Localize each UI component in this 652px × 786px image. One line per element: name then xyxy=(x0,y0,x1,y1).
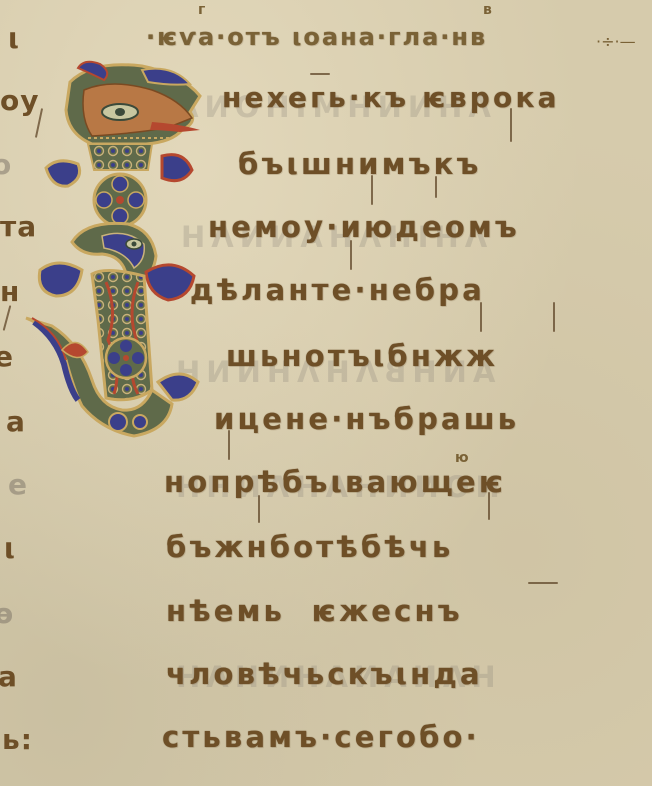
descender-stroke xyxy=(371,175,373,205)
margin-fragment: а xyxy=(0,660,18,693)
text-line-10: чловѣчьскъιнда xyxy=(166,660,483,689)
descender-stroke xyxy=(488,492,490,520)
titlo-mark xyxy=(310,73,330,75)
header-superscript-right: в xyxy=(483,2,492,18)
text-line-11: стьвамъ·сегобо· xyxy=(162,723,480,752)
margin-fragment: е xyxy=(0,340,14,373)
text-line-9: нѣемь ѥжеснъ xyxy=(166,597,463,626)
margin-fragment: ѳ xyxy=(0,597,14,630)
text-line-8: бъжнботѣбѣчь xyxy=(166,533,454,562)
header-superscript-left: г xyxy=(198,2,205,18)
header-line: ·ѥѵа·отъ ιоана·гла·нв xyxy=(146,25,487,49)
descender-stroke xyxy=(510,108,512,142)
text-line-6: ицене·нъбрашь xyxy=(214,405,519,434)
descender-stroke xyxy=(480,302,482,332)
descender-stroke xyxy=(228,430,230,460)
descender-stroke xyxy=(350,240,352,270)
quatrefoil-upper xyxy=(94,174,146,226)
margin-fragment: ь: xyxy=(2,723,33,756)
text-line-4: дѣланте·небра xyxy=(190,276,485,305)
text-line-7: нопрѣбъιвающеѥ xyxy=(164,468,506,497)
descender-stroke xyxy=(258,495,260,523)
margin-fragment: ι xyxy=(8,22,20,55)
margin-fragment: е xyxy=(8,468,28,501)
text-line-3: немоу·июдеомъ xyxy=(208,213,520,242)
line-superscript: ю xyxy=(455,450,469,466)
titlo-mark xyxy=(528,582,558,584)
manuscript-page: ΛΗΝΝΗΜΙΗΟΝΛ ΛΗΙΗΛΗΑΝΝΛΗ ΑΝΗΒΛΗΛΗΝΝΗ ΝΟΝΝ… xyxy=(0,0,652,786)
text-line-2: бъιшнимъкъ xyxy=(238,150,481,179)
illuminated-initial-icon xyxy=(22,60,202,445)
descender-stroke xyxy=(553,302,555,332)
descender-stroke xyxy=(435,176,437,198)
text-line-5: шьнотъιбнжж xyxy=(226,342,498,371)
quatrefoil-lower xyxy=(106,338,146,378)
margin-fragment: н xyxy=(0,275,20,308)
margin-fragment: ι xyxy=(4,532,16,565)
header-ornament: ·÷·— xyxy=(596,32,636,51)
descender-stroke xyxy=(3,305,12,331)
margin-fragment: о xyxy=(0,148,12,181)
beast-head xyxy=(66,62,200,144)
